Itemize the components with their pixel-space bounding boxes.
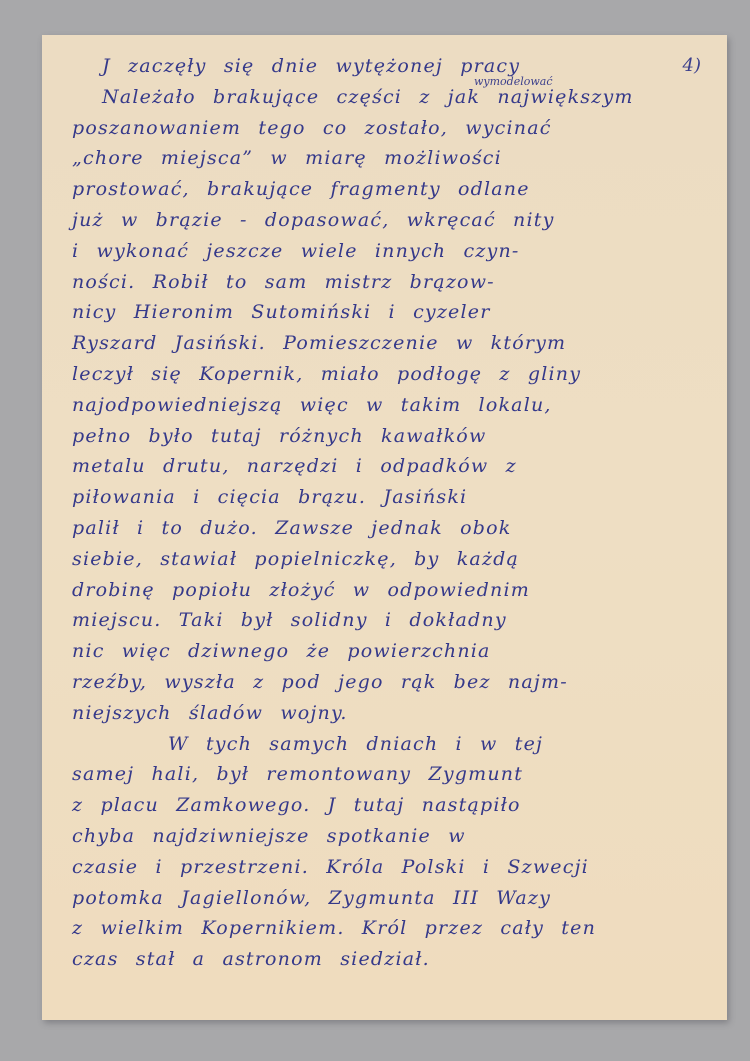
text-line: Ryszard Jasiński. Pomieszczenie w którym xyxy=(72,328,705,359)
text-line: poszanowaniem tego co zostało, wycinać xyxy=(72,113,705,144)
manuscript-page: 4) wymodelować J zaczęły się dnie wytężo… xyxy=(42,35,727,1020)
text-line: najodpowiedniejszą więc w takim lokalu, xyxy=(72,390,705,421)
text-line: siebie, stawiał popielniczkę, by każdą xyxy=(72,544,705,575)
text-line: z placu Zamkowego. J tutaj nastąpiło xyxy=(72,790,705,821)
text-line: czasie i przestrzeni. Króla Polski i Szw… xyxy=(72,852,705,883)
text-line: z wielkim Kopernikiem. Król przez cały t… xyxy=(72,913,705,944)
handwritten-text: J zaczęły się dnie wytężonej pracy Należ… xyxy=(72,51,705,975)
text-line: palił i to dużo. Zawsze jednak obok xyxy=(72,513,705,544)
text-line: leczył się Kopernik, miało podłogę z gli… xyxy=(72,359,705,390)
text-line: nicy Hieronim Sutomiński i cyzeler xyxy=(72,297,705,328)
text-line: rzeźby, wyszła z pod jego rąk bez najm- xyxy=(72,667,705,698)
text-line: metalu drutu, narzędzi i odpadków z xyxy=(72,451,705,482)
text-line: już w brązie - dopasować, wkręcać nity xyxy=(72,205,705,236)
text-line: drobinę popiołu złożyć w odpowiednim xyxy=(72,575,705,606)
text-line: miejscu. Taki był solidny i dokładny xyxy=(72,605,705,636)
text-line: ności. Robił to sam mistrz brązow- xyxy=(72,267,705,298)
text-line: potomka Jagiellonów, Zygmunta III Wazy xyxy=(72,883,705,914)
text-line: prostować, brakujące fragmenty odlane xyxy=(72,174,705,205)
text-line: J zaczęły się dnie wytężonej pracy xyxy=(72,51,705,82)
text-line: W tych samych dniach i w tej xyxy=(72,729,705,760)
text-line: niejszych śladów wojny. xyxy=(72,698,705,729)
text-line: chyba najdziwniejsze spotkanie w xyxy=(72,821,705,852)
text-line: Należało brakujące części z jak najwięks… xyxy=(72,82,705,113)
text-line: czas stał a astronom siedział. xyxy=(72,944,705,975)
text-line: pełno było tutaj różnych kawałków xyxy=(72,421,705,452)
text-line: nic więc dziwnego że powierzchnia xyxy=(72,636,705,667)
text-line: i wykonać jeszcze wiele innych czyn- xyxy=(72,236,705,267)
text-line: „chore miejsca” w miarę możliwości xyxy=(72,143,705,174)
text-line: samej hali, był remontowany Zygmunt xyxy=(72,759,705,790)
text-line: piłowania i cięcia brązu. Jasiński xyxy=(72,482,705,513)
